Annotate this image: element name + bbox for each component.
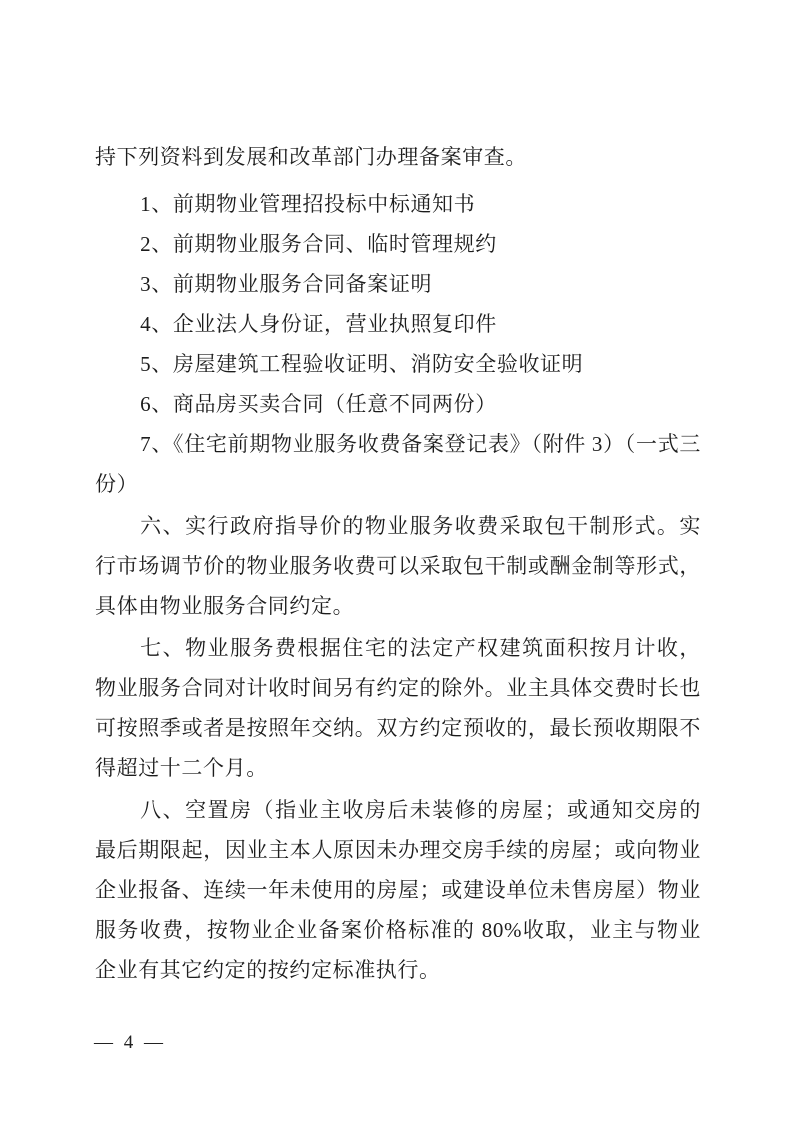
list-item-3: 3、前期物业服务合同备案证明 bbox=[95, 264, 701, 304]
list-item-2: 2、前期物业服务合同、临时管理规约 bbox=[95, 224, 701, 264]
list-item-7: 7、《住宅前期物业服务收费备案登记表》（附件 3）（一式三份） bbox=[95, 424, 701, 504]
list-item-1: 1、前期物业管理招投标中标通知书 bbox=[95, 184, 701, 224]
page-number: — 4 — bbox=[94, 1030, 166, 1056]
section-eight-paragraph: 八、空置房（指业主收房后未装修的房屋；或通知交房的最后期限起，因业主本人原因未办… bbox=[95, 790, 701, 990]
list-item-6: 6、商品房买卖合同（任意不同两份） bbox=[95, 384, 701, 424]
section-seven-paragraph: 七、物业服务费根据住宅的法定产权建筑面积按月计收，物业服务合同对计收时间另有约定… bbox=[95, 628, 701, 788]
document-body: 持下列资料到发展和改革部门办理备案审查。 1、前期物业管理招投标中标通知书 2、… bbox=[95, 137, 701, 990]
section-six-paragraph: 六、实行政府指导价的物业服务收费采取包干制形式。实行市场调节价的物业服务收费可以… bbox=[95, 506, 701, 626]
list-item-5: 5、房屋建筑工程验收证明、消防安全验收证明 bbox=[95, 344, 701, 384]
continuation-paragraph: 持下列资料到发展和改革部门办理备案审查。 bbox=[95, 137, 701, 177]
list-item-4: 4、企业法人身份证，营业执照复印件 bbox=[95, 304, 701, 344]
document-page: 持下列资料到发展和改革部门办理备案审查。 1、前期物业管理招投标中标通知书 2、… bbox=[0, 0, 795, 1122]
